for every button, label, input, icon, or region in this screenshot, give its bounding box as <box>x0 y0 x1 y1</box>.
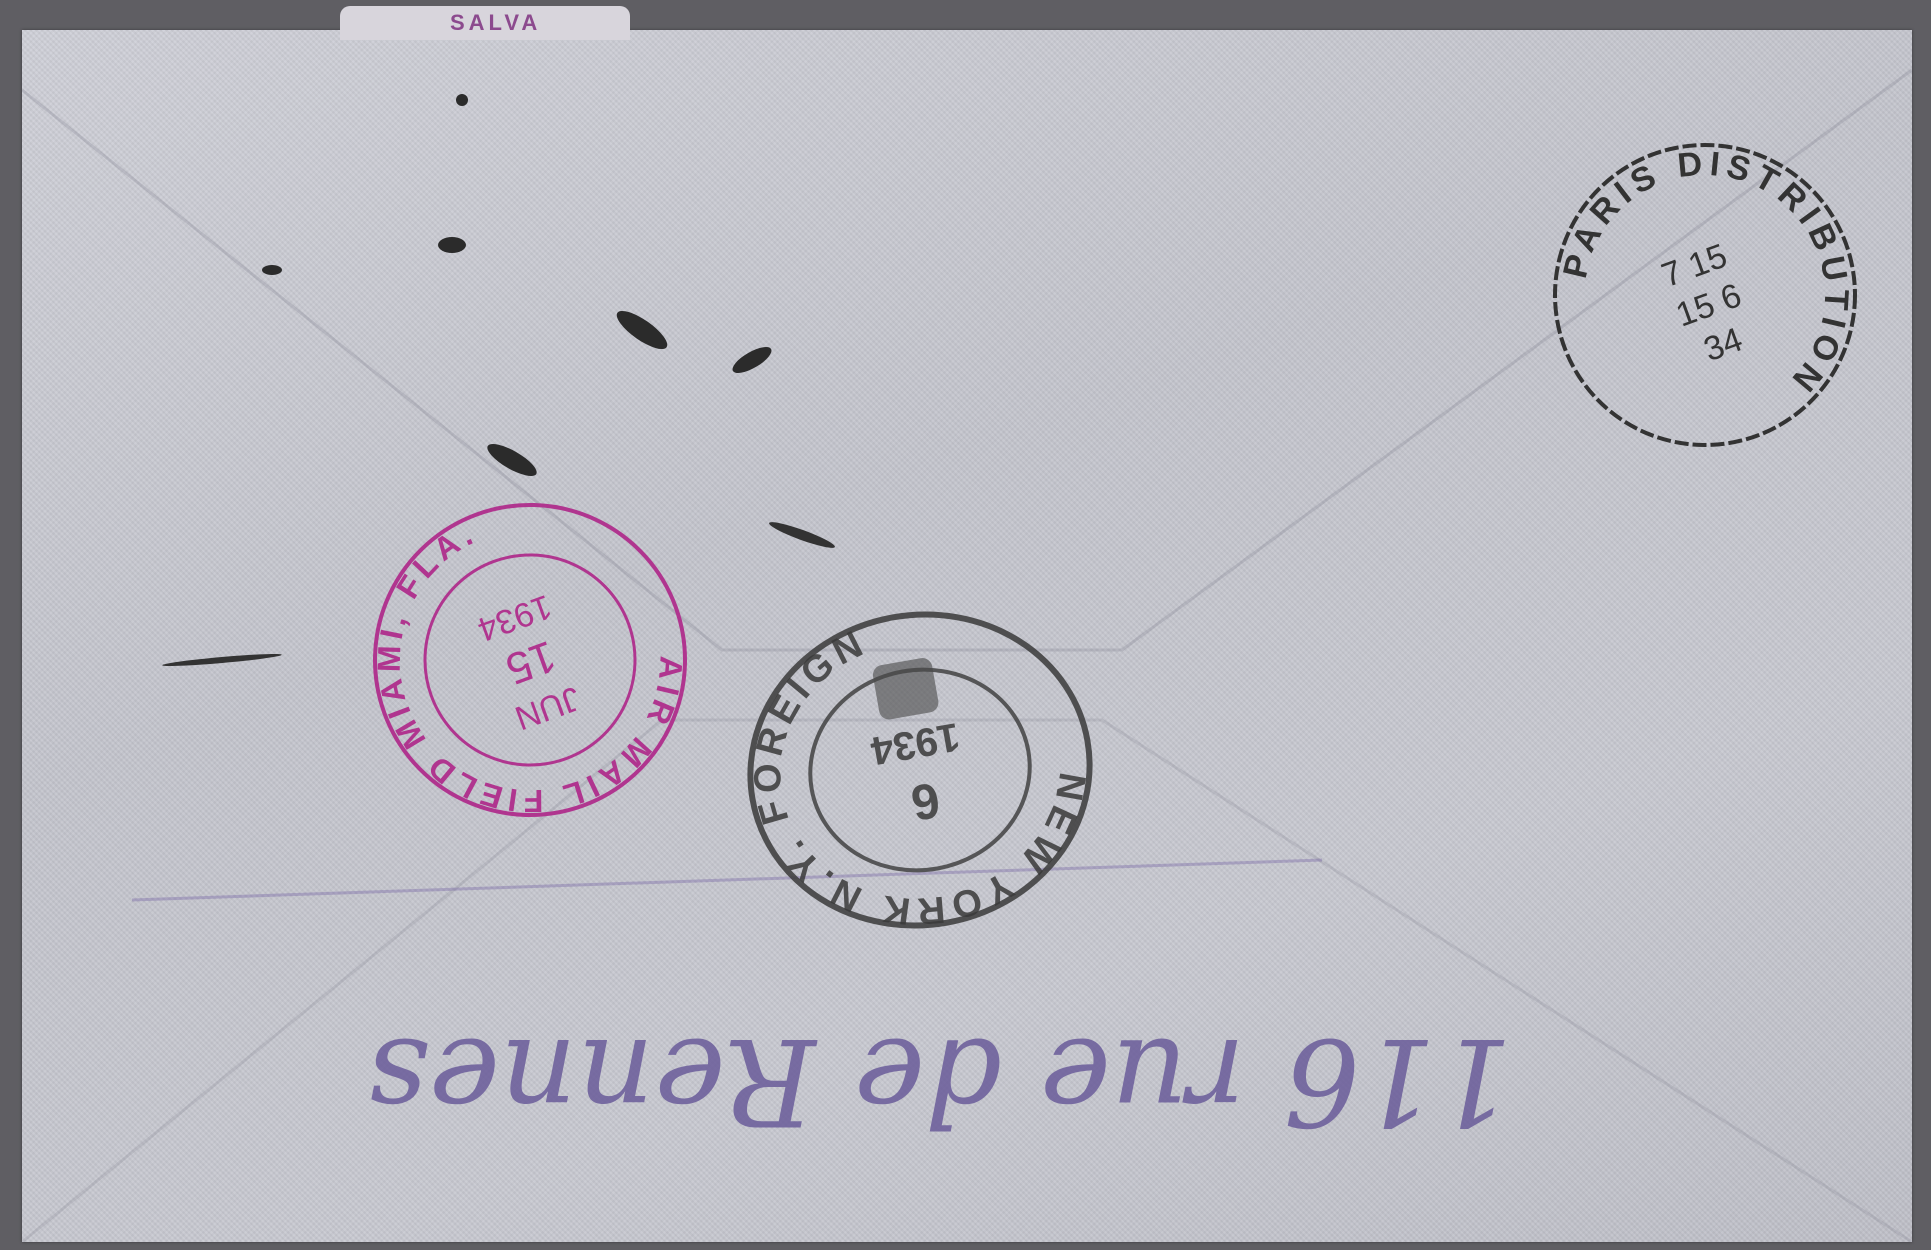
svg-text:NEW YORK N.Y. FOREIGN: NEW YORK N.Y. FOREIGN <box>730 590 1110 950</box>
new-york-foreign-postmark: NEW YORK N.Y. FOREIGN 6 1934 <box>730 590 1110 950</box>
torn-stamp-fragment: SALVA <box>340 6 630 40</box>
handwritten-address: 116 rue de Rennes <box>330 990 1550 1170</box>
paris-distribution-postmark: PARIS DISTRIBUTION 7 15 15 6 34 <box>1545 135 1865 455</box>
ny-line-2: 1934 <box>867 714 963 773</box>
ny-line-1: 6 <box>907 772 944 832</box>
paris-line-3: 34 <box>1699 320 1748 369</box>
miami-air-mail-field-postmark: AIR MAIL FIELD MIAMI, FLA. JUN 15 1934 <box>370 490 690 830</box>
fragment-text: SALVA <box>450 10 541 36</box>
ny-outer-text: NEW YORK N.Y. FOREIGN <box>730 590 1110 950</box>
